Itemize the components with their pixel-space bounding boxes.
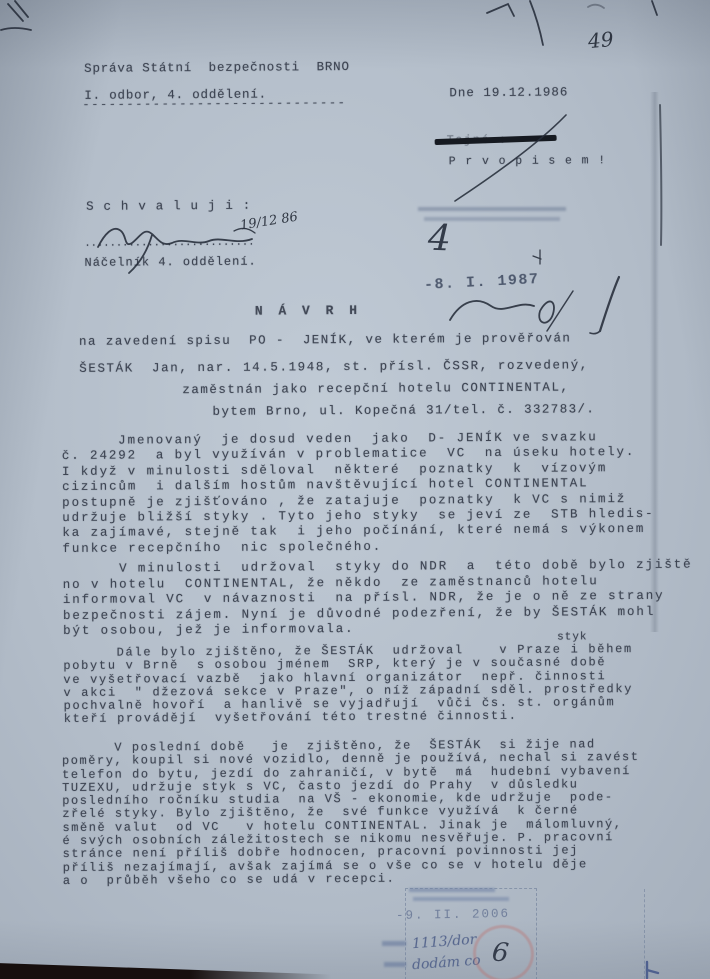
- inserted-word: styk: [557, 631, 587, 644]
- red-stamp-number-handwritten: 6: [490, 937, 510, 969]
- title-line4: bytem Brno, ul. Kopečná 31/tel. č. 33278…: [212, 402, 595, 419]
- archive-row1-label-scrawl: [382, 941, 406, 946]
- approval-label: S c h v a l u j i :: [86, 199, 251, 215]
- registry-number-handwritten: 4: [427, 218, 451, 260]
- document-page: Správa Státní bezpečnosti BRNO I. odbor,…: [0, 0, 710, 979]
- typed-layer: Správa Státní bezpečnosti BRNO I. odbor,…: [0, 0, 710, 979]
- approver-title: Náčelník 4. oddělení.: [84, 255, 256, 270]
- org-line1: Správa Státní bezpečnosti BRNO: [84, 60, 350, 77]
- document-heading: N Á V R H: [255, 303, 361, 319]
- paragraph-2: V minulosti udržoval styky do NDR a této…: [63, 558, 693, 640]
- faded-stamp-line1: [418, 207, 566, 211]
- copy-note: P r v o p i s e m !: [449, 154, 607, 169]
- page-number-handwritten: 49: [587, 27, 614, 53]
- org-underline-dashes: ------------------------------: [82, 96, 346, 112]
- archive-stamp-box-outer-line: [644, 889, 645, 979]
- archive-stamp-header-line1: [409, 888, 495, 892]
- paragraph-4: V poslední době je zjištěno, že ŠESTÁK s…: [62, 738, 641, 888]
- title-line3: zaměstnán jako recepční hotelu CONTINENT…: [182, 380, 569, 397]
- date-line: Dne 19.12.1986: [449, 85, 568, 101]
- archive-row2-label-scrawl: [384, 962, 406, 967]
- archive-stamp-header-line2: [413, 897, 509, 901]
- paragraph-1: Jmenovaný je dosud veden jako D- JENÍK v…: [62, 430, 655, 557]
- title-line2: ŠESTÁK Jan, nar. 14.5.1948, st. přísl. Č…: [79, 358, 589, 376]
- archive-date-stamp-2006: -9. II. 2006: [396, 907, 510, 923]
- approval-dotted-line: ...........................: [84, 237, 254, 251]
- paragraph-3: Dále bylo zjištěno, že ŠESTÁK udržoval v…: [63, 643, 633, 727]
- title-line1: na zavedení spisu PO - JENÍK, ve kterém …: [79, 331, 571, 349]
